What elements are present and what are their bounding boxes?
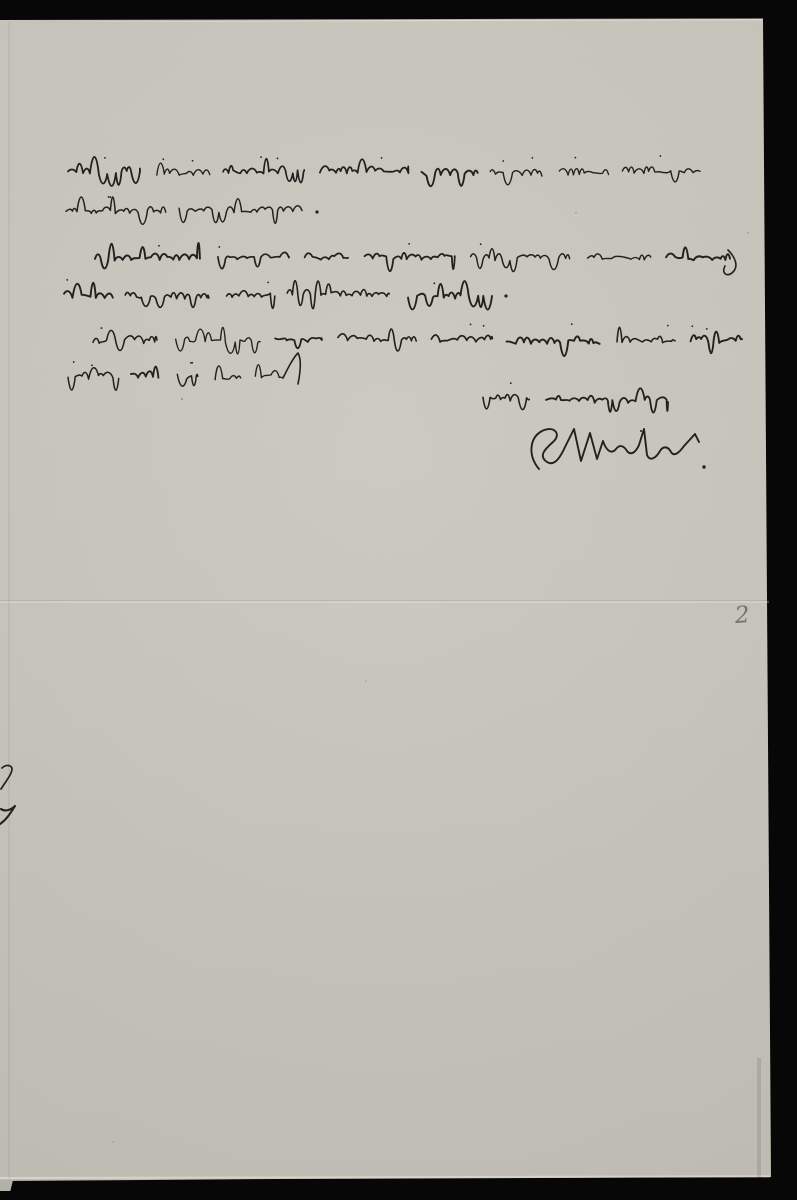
scan-background: 2: [0, 0, 797, 1200]
underlying-sheet-corner: [0, 1180, 13, 1191]
paper-speck: [575, 212, 577, 214]
paper-speck: [112, 1141, 114, 1143]
page-number-pencil: 2: [734, 601, 766, 633]
paper-speck: [365, 680, 367, 682]
paper-speck: [747, 232, 749, 234]
letter-page: [0, 0, 797, 1200]
paper-speck: [181, 398, 183, 400]
